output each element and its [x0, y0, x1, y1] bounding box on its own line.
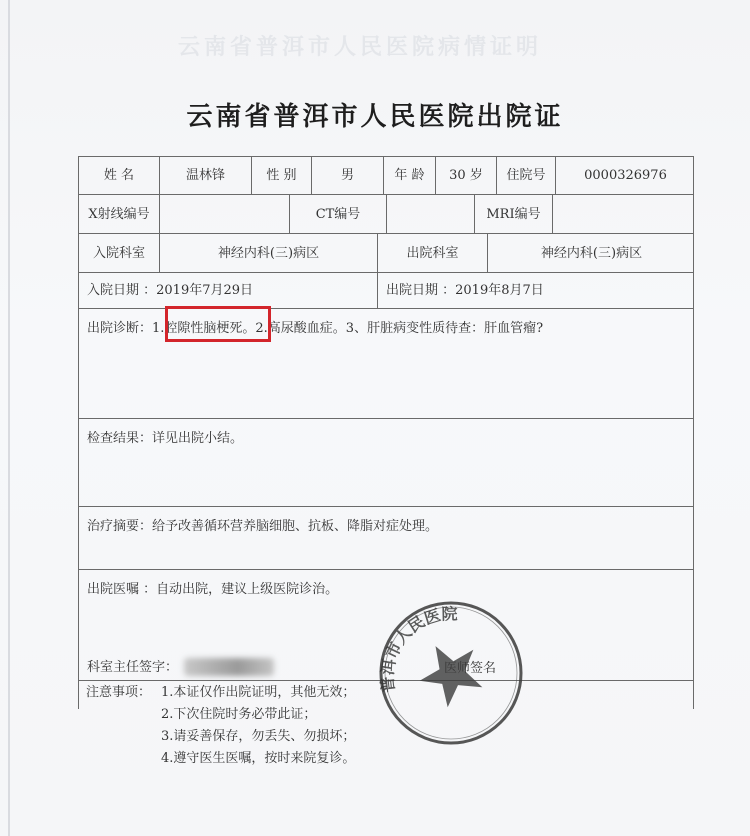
- note-item: 4.遵守医生医嘱，按时来院复诊。: [86, 748, 355, 770]
- director-signature: 科室主任签字：: [87, 656, 274, 677]
- diagnosis-text: 出院诊断：1.腔隙性脑梗死。2.高尿酸血症。3、肝脏病变性质待查：肝血管瘤?: [87, 317, 543, 336]
- note-item: 3.请妥善保存，勿丢失、勿损坏；: [86, 726, 355, 748]
- row-imaging-numbers: X射线编号 CT编号 MRI编号: [79, 195, 693, 234]
- xray-label: X射线编号: [79, 195, 160, 233]
- ct-label: CT编号: [290, 195, 387, 233]
- row-patient-info: 姓 名 温林锋 性 别 男 年 龄 30 岁 住院号 0000326976: [79, 157, 693, 195]
- diagnosis-highlight-box: [165, 306, 271, 342]
- ct-value: [387, 195, 475, 233]
- admit-dept-value: 神经内科(三)病区: [160, 234, 378, 272]
- row-departments: 入院科室 神经内科(三)病区 出院科室 神经内科(三)病区: [79, 234, 693, 273]
- name-value: 温林锋: [160, 157, 252, 194]
- note-item: 1.本证仅作出院证明，其他无效；: [161, 685, 355, 700]
- admission-no-label: 住院号: [497, 157, 556, 194]
- admit-dept-label: 入院科室: [79, 234, 160, 272]
- gender-label: 性 别: [252, 157, 312, 194]
- treatment-section: 治疗摘要：给予改善循环营养脑细胞、抗板、降脂对症处理。: [79, 507, 693, 570]
- hospital-seal-stamp: 普洱市人民医院: [378, 600, 524, 746]
- row-dates: 入院日期 ：2019年7月29日 出院日期 ：2019年8月7日: [79, 273, 693, 309]
- age-value: 30 岁: [436, 157, 497, 194]
- advice-text: 出院医嘱 ：自动出院，建议上级医院诊治。: [87, 578, 338, 597]
- admission-no-value: 0000326976: [556, 157, 695, 194]
- admit-date: 入院日期 ：2019年7月29日: [79, 273, 378, 308]
- treatment-text: 治疗摘要：给予改善循环营养脑细胞、抗板、降脂对症处理。: [87, 515, 438, 534]
- exam-results-text: 检查结果：详见出院小结。: [87, 427, 243, 446]
- director-sign-label: 科室主任签字：: [87, 660, 178, 675]
- document-page: 云南省普洱市人民医院病情证明 云南省普洱市人民医院出院证 姓 名 温林锋 性 别…: [0, 0, 750, 836]
- exam-results-section: 检查结果：详见出院小结。: [79, 419, 693, 507]
- mri-value: [553, 195, 695, 233]
- gender-value: 男: [312, 157, 384, 194]
- discharge-dept-label: 出院科室: [378, 234, 488, 272]
- name-label: 姓 名: [79, 157, 160, 194]
- bleed-through-title: 云南省普洱市人民医院病情证明: [130, 30, 590, 61]
- blurred-signature: [184, 658, 274, 676]
- page-title: 云南省普洱市人民医院出院证: [0, 96, 750, 133]
- notes-label: 注意事项：: [86, 682, 161, 704]
- mri-label: MRI编号: [475, 195, 553, 233]
- note-item: 2.下次住院时务必带此证；: [86, 704, 355, 726]
- discharge-date: 出院日期 ：2019年8月7日: [378, 273, 695, 308]
- notes-section: 注意事项：1.本证仅作出院证明，其他无效； 2.下次住院时务必带此证； 3.请妥…: [86, 682, 355, 770]
- discharge-dept-value: 神经内科(三)病区: [488, 234, 695, 272]
- age-label: 年 龄: [384, 157, 436, 194]
- xray-value: [160, 195, 290, 233]
